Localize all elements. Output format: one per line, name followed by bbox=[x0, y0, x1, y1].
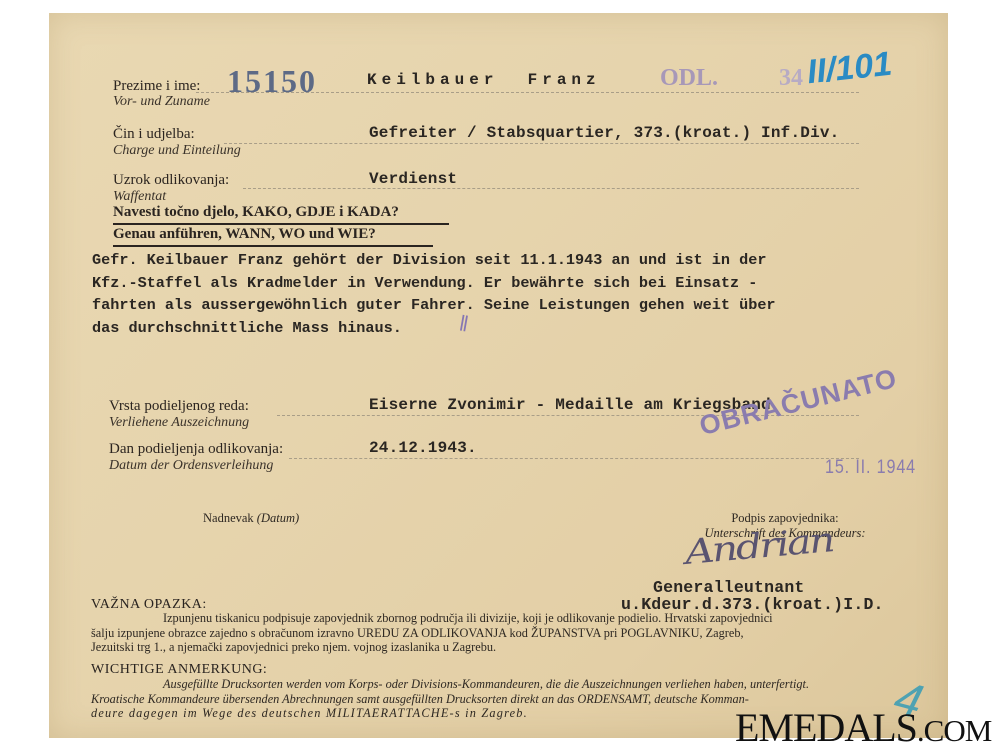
accounted-stamp-date: 15. II. 1944 bbox=[825, 457, 916, 479]
handwritten-reference: II/101 bbox=[805, 45, 894, 93]
odl-stamp: ODL. bbox=[660, 65, 718, 92]
name-value: Keilbauer Franz bbox=[367, 71, 601, 89]
date-label: Nadnevak (Datum) bbox=[203, 511, 299, 526]
reason-dotted-line bbox=[243, 188, 859, 189]
note-line: Kroatische Kommandeure übersenden Abrech… bbox=[91, 692, 809, 707]
note-text-hr: Izpunjenu tiskanicu podpisuje zapovjedni… bbox=[91, 611, 773, 655]
award-document: Prezime i ime: Vor- und Zuname 15150 Kei… bbox=[49, 13, 948, 738]
rank-label-hr: Čin i udjelba: bbox=[113, 126, 195, 143]
description-text: Gefr. Keilbauer Franz gehört der Divisio… bbox=[92, 249, 776, 339]
watermark-suffix: .COM bbox=[917, 713, 991, 748]
rank-dotted-line bbox=[224, 143, 859, 144]
note-heading-de: WICHTIGE ANMERKUNG: bbox=[91, 662, 267, 678]
date-label-de: (Datum) bbox=[257, 511, 299, 525]
emedals-watermark: EMEDALS.COM bbox=[735, 704, 991, 750]
description-line: das durchschnittliche Mass hinaus. bbox=[92, 317, 776, 340]
date-label-hr: Nadnevak bbox=[203, 511, 254, 525]
reason-value: Verdienst bbox=[369, 170, 457, 188]
award-date-dotted-line bbox=[289, 458, 859, 459]
reason-label-de: Waffentat bbox=[113, 189, 166, 205]
note-line: deure dagegen im Wege des deutschen MILI… bbox=[91, 706, 809, 721]
note-line: šalju izpunjene obrazce zajedno s obraču… bbox=[91, 626, 773, 641]
award-date-label-hr: Dan podieljenja odlikovanja: bbox=[109, 441, 283, 458]
instruction-de: Genau anführen, WANN, WO und WIE? bbox=[113, 226, 376, 243]
name-label-de: Vor- und Zuname bbox=[113, 94, 210, 110]
note-line: Izpunjenu tiskanicu podpisuje zapovjedni… bbox=[91, 611, 773, 626]
name-label-hr: Prezime i ime: bbox=[113, 78, 200, 95]
note-text-de: Ausgefüllte Drucksorten werden vom Korps… bbox=[91, 677, 809, 721]
instruction-de-underline bbox=[113, 245, 433, 247]
rank-label-de: Charge und Einteilung bbox=[113, 143, 241, 159]
instruction-hr: Navesti točno djelo, KAKO, GDJE i KADA? bbox=[113, 204, 399, 221]
award-type-label-de: Verliehene Auszeichnung bbox=[109, 415, 249, 431]
registry-number-stamp: 15150 bbox=[227, 63, 317, 100]
description-line: Kfz.-Staffel als Kradmelder in Verwendun… bbox=[92, 272, 776, 295]
award-date-label-de: Datum der Ordensverleihung bbox=[109, 458, 273, 474]
description-line: Gefr. Keilbauer Franz gehört der Divisio… bbox=[92, 249, 776, 272]
reason-label-hr: Uzrok odlikovanja: bbox=[113, 172, 229, 189]
instruction-hr-underline bbox=[113, 223, 449, 225]
watermark-main: EMEDALS bbox=[735, 705, 917, 750]
note-line: Ausgefüllte Drucksorten werden vom Korps… bbox=[91, 677, 809, 692]
description-line: fahrten als aussergewöhnlich guter Fahre… bbox=[92, 294, 776, 317]
award-type-label-hr: Vrsta podieljenog reda: bbox=[109, 398, 249, 415]
note-line: Jezuitski trg 1., a njemački zapovjednic… bbox=[91, 640, 773, 655]
odl-number-stamp: 34 bbox=[779, 65, 803, 92]
award-date-value: 24.12.1943. bbox=[369, 439, 477, 457]
rank-unit-value: Gefreiter / Stabsquartier, 373.(kroat.) … bbox=[369, 124, 839, 142]
